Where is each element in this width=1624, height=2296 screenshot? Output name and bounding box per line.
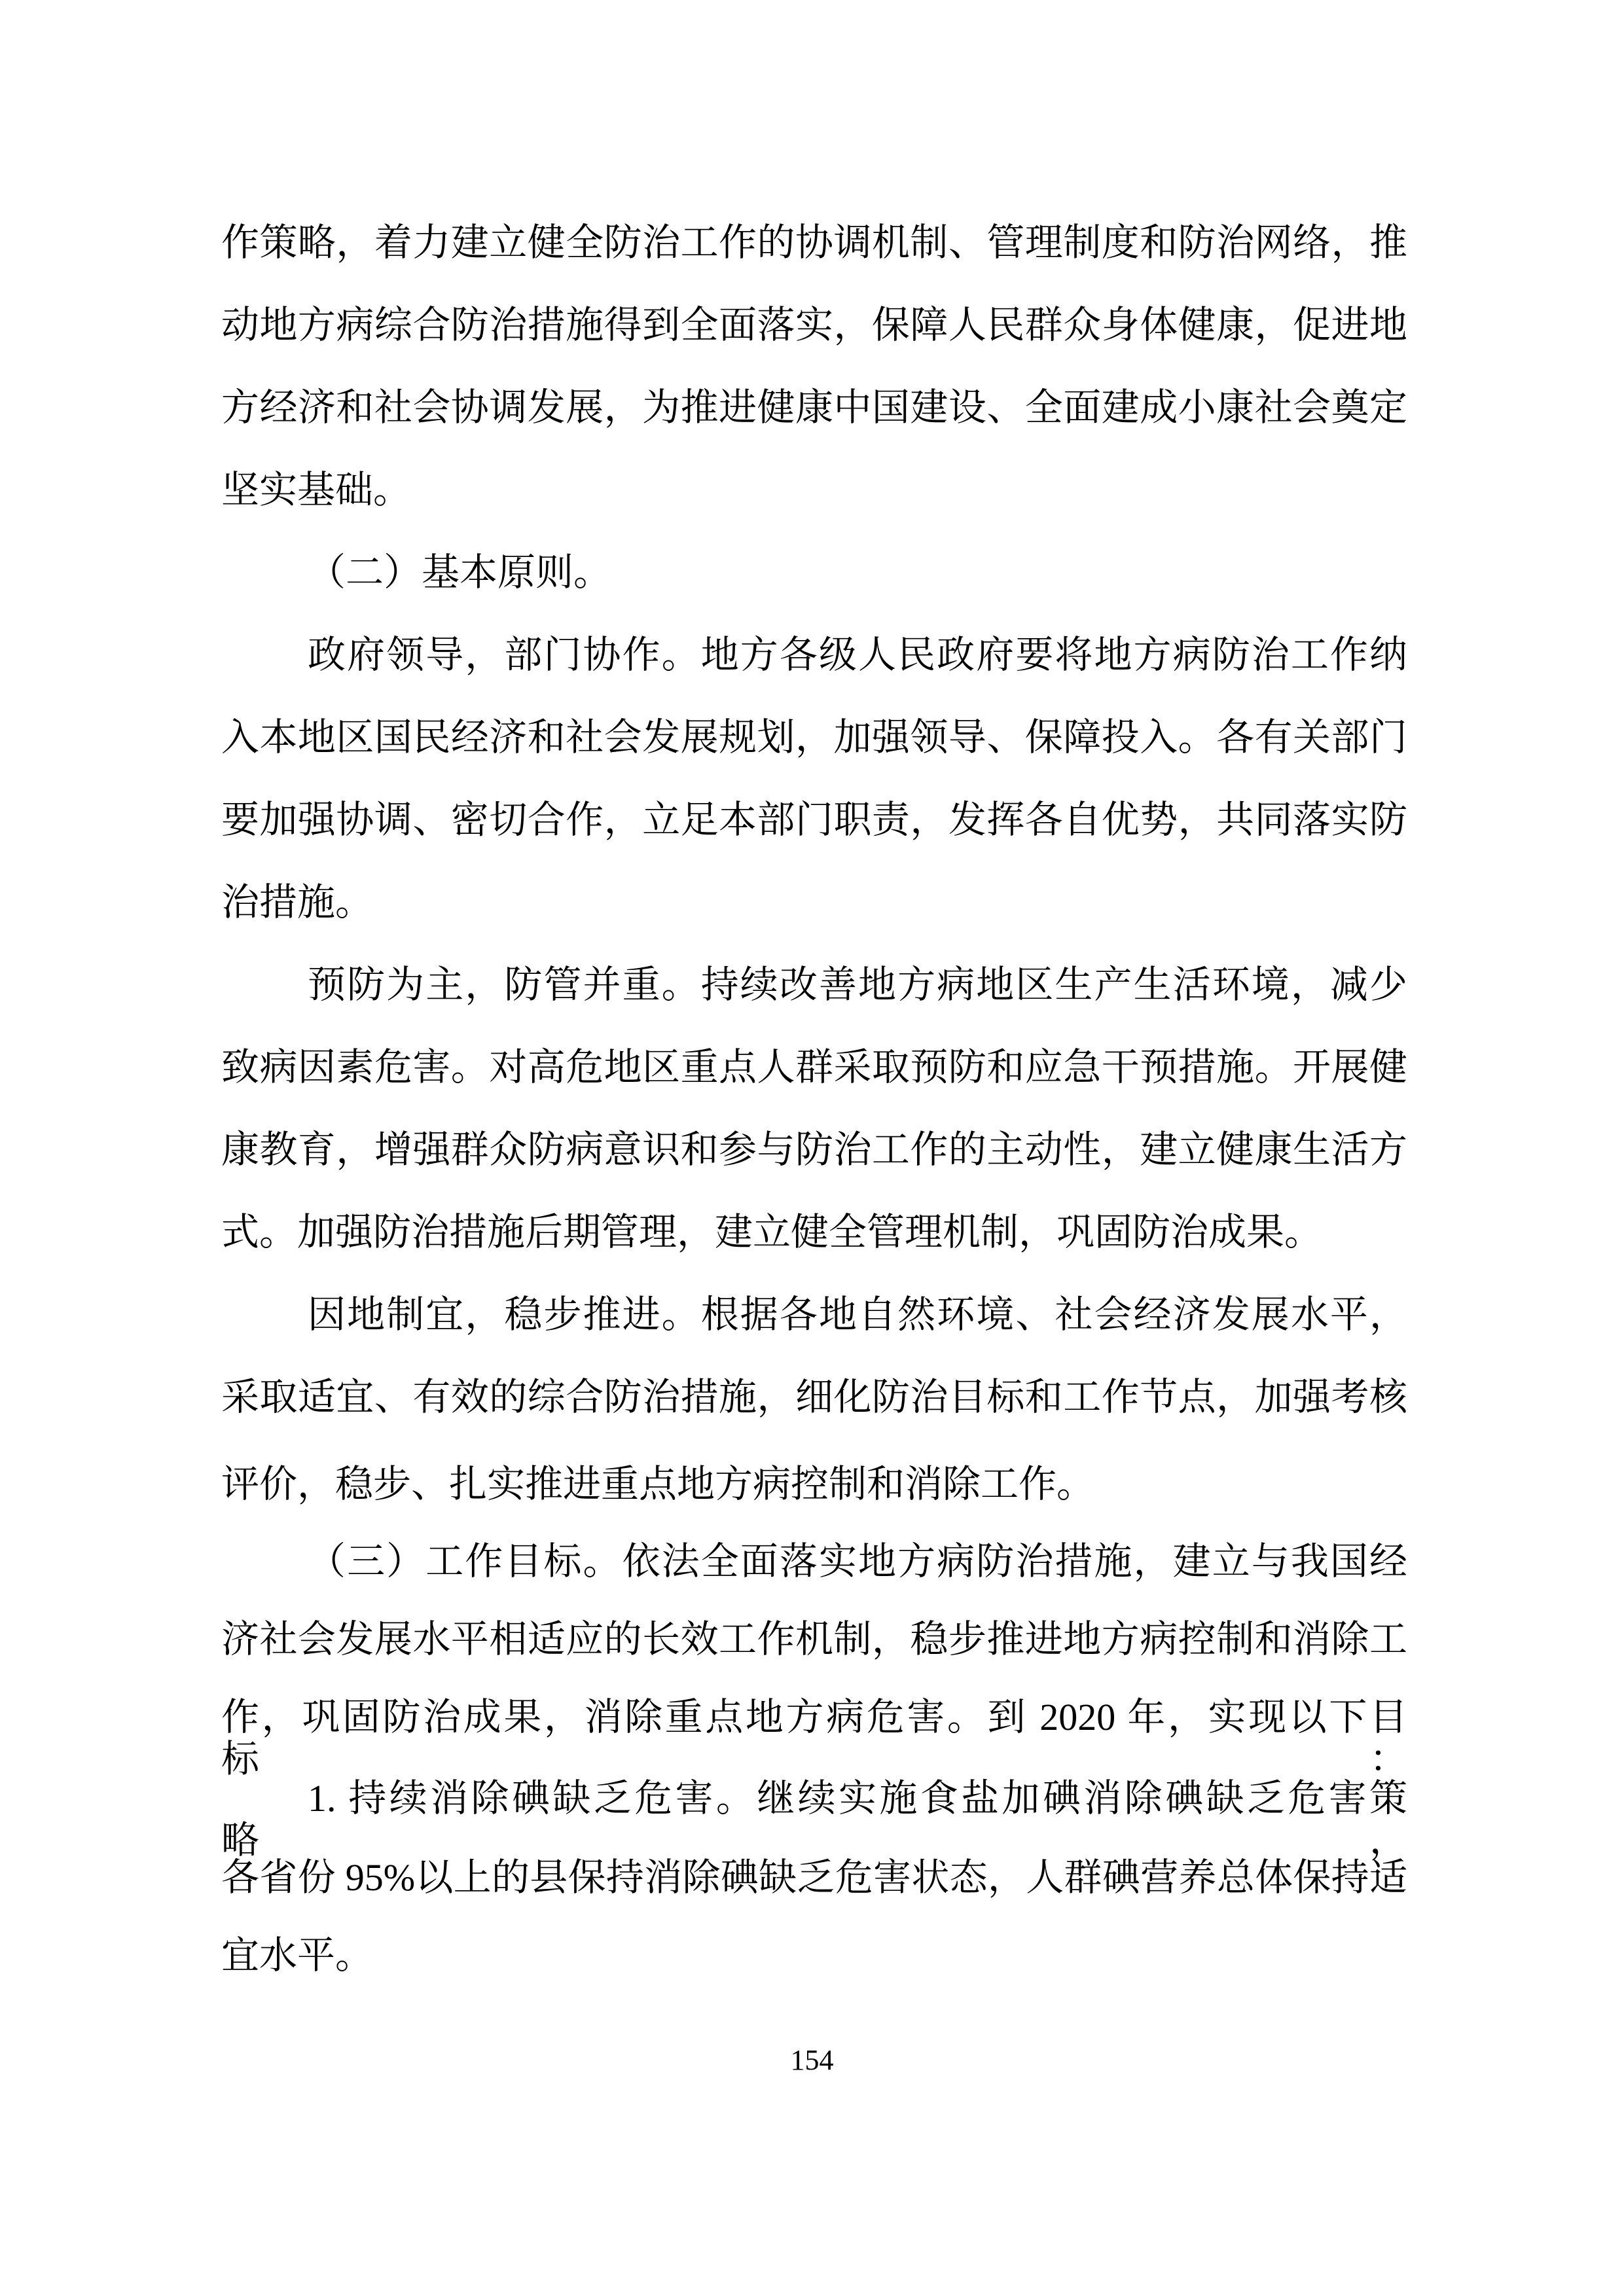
text-line: 治措施。 — [221, 882, 1407, 924]
text-line: 1. 持续消除碘缺乏危害。继续实施食盐加碘消除碘缺乏危害策略， — [221, 1778, 1407, 1861]
text-line: 式。加强防治措施后期管理，建立健全管理机制，巩固防治成果。 — [221, 1211, 1407, 1253]
text-line: 作策略，着力建立健全防治工作的协调机制、管理制度和防治网络，推 — [221, 222, 1407, 264]
text-line: 入本地区国民经济和社会发展规划，加强领导、保障投入。各有关部门 — [221, 717, 1407, 759]
text-line: 作，巩固防治成果，消除重点地方病危害。到 2020 年，实现以下目标： — [221, 1696, 1407, 1780]
text-line: 采取适宜、有效的综合防治措施，细化防治目标和工作节点，加强考核 — [221, 1376, 1407, 1418]
page-number: 154 — [0, 2043, 1624, 2077]
text-line: 评价，稳步、扎实推进重点地方病控制和消除工作。 — [221, 1463, 1407, 1505]
text-line: 坚实基础。 — [221, 469, 1407, 511]
text-line: （二）基本原则。 — [221, 552, 1407, 594]
text-line: 预防为主，防管并重。持续改善地方病地区生产生活环境，减少 — [221, 964, 1407, 1006]
text-line: 济社会发展水平相适应的长效工作机制，稳步推进地方病控制和消除工 — [221, 1619, 1407, 1660]
text-line: 致病因素危害。对高危地区重点人群采取预防和应急干预措施。开展健 — [221, 1047, 1407, 1088]
text-line: 因地制宜，稳步推进。根据各地自然环境、社会经济发展水平， — [221, 1294, 1407, 1336]
text-line: 政府领导，部门协作。地方各级人民政府要将地方病防治工作纳 — [221, 634, 1407, 676]
text-line: 要加强协调、密切合作，立足本部门职责，发挥各自优势，共同落实防 — [221, 799, 1407, 841]
text-line: （三）工作目标。依法全面落实地方病防治措施，建立与我国经 — [221, 1541, 1407, 1583]
text-line: 动地方病综合防治措施得到全面落实，保障人民群众身体健康，促进地 — [221, 304, 1407, 346]
document-page: 作策略，着力建立健全防治工作的协调机制、管理制度和防治网络，推动地方病综合防治措… — [0, 0, 1624, 2296]
text-line: 康教育，增强群众防病意识和参与防治工作的主动性，建立健康生活方 — [221, 1129, 1407, 1171]
text-line: 各省份 95%以上的县保持消除碘缺乏危害状态，人群碘营养总体保持适 — [221, 1857, 1407, 1899]
document-text: 作策略，着力建立健全防治工作的协调机制、管理制度和防治网络，推动地方病综合防治措… — [0, 0, 1624, 2296]
text-line: 宜水平。 — [221, 1935, 1407, 1977]
text-line: 方经济和社会协调发展，为推进健康中国建设、全面建成小康社会奠定 — [221, 387, 1407, 429]
